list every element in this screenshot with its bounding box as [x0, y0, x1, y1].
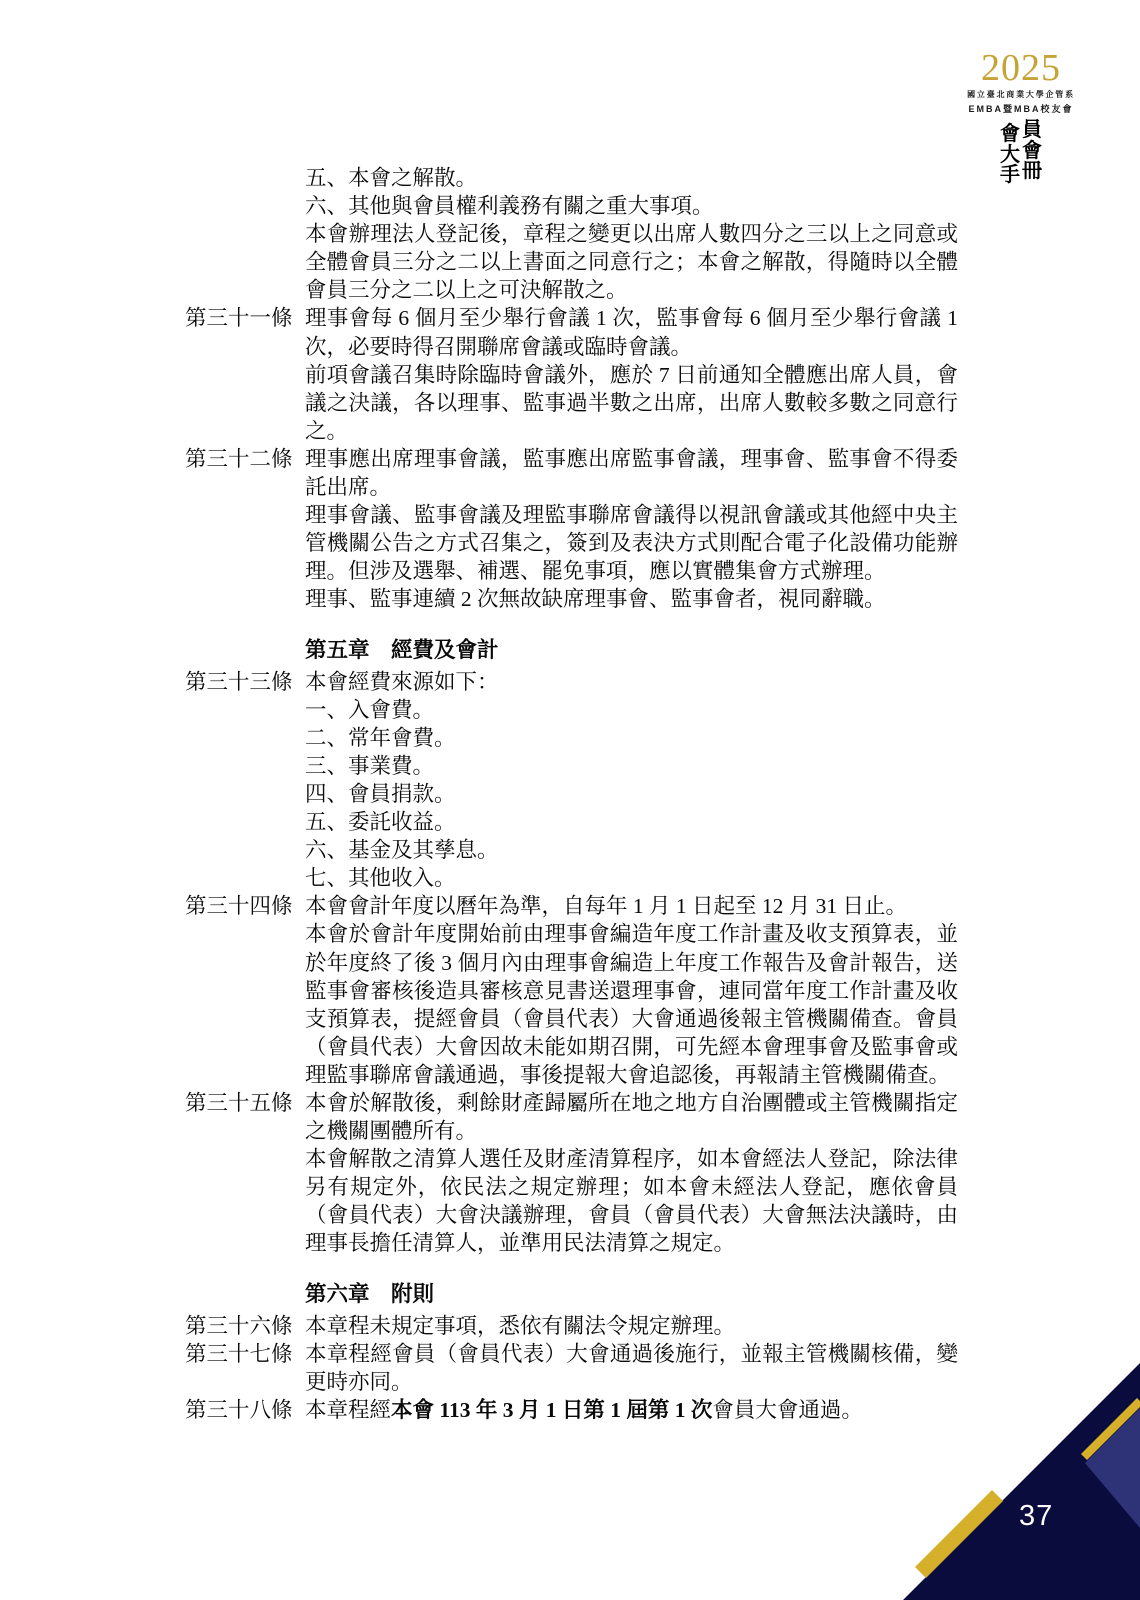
article-paragraph: 本會解散之清算人選任及財產清算程序，如本會經法人登記，除法律另有規定外，依民法之… — [305, 1145, 958, 1257]
article-paragraph: 理事會每 6 個月至少舉行會議 1 次，監事會每 6 個月至少舉行會議 1 次，… — [305, 304, 958, 360]
article-row: 第三十二條理事應出席理事會議，監事應出席監事會議，理事會、監事會不得委託出席。理… — [185, 445, 958, 614]
page-number: 37 — [1019, 1500, 1053, 1533]
handbook-char: 會 — [1022, 141, 1042, 162]
article-paragraph: 理事、監事連續 2 次無故缺席理事會、監事會者，視同辭職。 — [305, 585, 958, 613]
handbook-char: 大 — [1000, 145, 1020, 166]
article-row: 第三十一條理事會每 6 個月至少舉行會議 1 次，監事會每 6 個月至少舉行會議… — [185, 304, 958, 444]
handbook-char: 員 — [1022, 120, 1042, 141]
article-paragraph: 七、其他收入。 — [305, 864, 958, 892]
article-paragraph: 本章程經會員（會員代表）大會通過後施行，並報主管機關核備，變更時亦同。 — [305, 1340, 958, 1396]
article-paragraph-group: 本章程經會員（會員代表）大會通過後施行，並報主管機關核備，變更時亦同。 — [305, 1340, 958, 1396]
logo-org-line1: 國立臺北商業大學企管系 — [950, 89, 1092, 100]
article-row: 五、本會之解散。六、其他與會員權利義務有關之重大事項。本會辦理法人登記後，章程之… — [185, 164, 958, 304]
article-paragraph: 一、入會費。 — [305, 696, 958, 724]
article-row: 第三十六條本章程未規定事項，悉依有關法令規定辦理。 — [185, 1312, 958, 1340]
handbook-row: 手冊 — [950, 165, 1092, 186]
article-paragraph: 三、事業費。 — [305, 752, 958, 780]
chapter-heading: 第五章 經費及會計 — [305, 636, 958, 664]
article-paragraph: 二、常年會費。 — [305, 724, 958, 752]
article-paragraph: 本會會計年度以曆年為準，自每年 1 月 1 日起至 12 月 31 日止。 — [305, 892, 958, 920]
handbook-row: 會員 — [950, 124, 1092, 145]
article-number: 第三十三條 — [185, 668, 305, 696]
paragraph-segment: 會員大會通過。 — [712, 1398, 863, 1422]
handbook-char: 冊 — [1022, 161, 1042, 182]
handbook-char: 會 — [1000, 124, 1020, 145]
handbook-row: 大會 — [950, 145, 1092, 166]
article-paragraph-group: 本會會計年度以曆年為準，自每年 1 月 1 日起至 12 月 31 日止。本會於… — [305, 892, 958, 1089]
handbook-char: 手 — [1000, 165, 1020, 186]
article-row: 第三十四條本會會計年度以曆年為準，自每年 1 月 1 日起至 12 月 31 日… — [185, 892, 958, 1089]
article-paragraph: 理事應出席理事會議，監事應出席監事會議，理事會、監事會不得委託出席。 — [305, 445, 958, 501]
article-paragraph: 本會於解散後，剩餘財產歸屬所在地之地方自治團體或主管機關指定之機關團體所有。 — [305, 1089, 958, 1145]
article-paragraph-group: 本章程未規定事項，悉依有關法令規定辦理。 — [305, 1312, 958, 1340]
logo-org-line2: EMBA暨MBA校友會 — [950, 102, 1092, 115]
article-paragraph: 本章程經本會 113 年 3 月 1 日第 1 屆第 1 次會員大會通過。 — [305, 1396, 958, 1424]
article-paragraph-group: 本會經費來源如下：一、入會費。二、常年會費。三、事業費。四、會員捐款。五、委託收… — [305, 668, 958, 893]
article-number: 第三十六條 — [185, 1312, 305, 1340]
article-row: 第三十五條本會於解散後，剩餘財產歸屬所在地之地方自治團體或主管機關指定之機關團體… — [185, 1089, 958, 1258]
article-paragraph-group: 五、本會之解散。六、其他與會員權利義務有關之重大事項。本會辦理法人登記後，章程之… — [305, 164, 958, 304]
article-row: 第三十三條本會經費來源如下：一、入會費。二、常年會費。三、事業費。四、會員捐款。… — [185, 668, 958, 893]
article-paragraph: 六、基金及其孳息。 — [305, 836, 958, 864]
article-paragraph: 理事會議、監事會議及理監事聯席會議得以視訊會議或其他經中央主管機關公告之方式召集… — [305, 501, 958, 585]
page: 2025 國立臺北商業大學企管系 EMBA暨MBA校友會 會員 大會 手冊 五、… — [0, 0, 1140, 1600]
article-paragraph: 前項會議召集時除臨時會議外，應於 7 日前通知全體應出席人員，會議之決議，各以理… — [305, 361, 958, 445]
article-paragraph: 本會於會計年度開始前由理事會編造年度工作計畫及收支預算表，並於年度終了後 3 個… — [305, 920, 958, 1089]
article-paragraph-group: 本章程經本會 113 年 3 月 1 日第 1 屆第 1 次會員大會通過。 — [305, 1396, 958, 1424]
document-body: 五、本會之解散。六、其他與會員權利義務有關之重大事項。本會辦理法人登記後，章程之… — [185, 164, 958, 1424]
article-row: 第三十八條本章程經本會 113 年 3 月 1 日第 1 屆第 1 次會員大會通… — [185, 1396, 958, 1424]
logo-year: 2025 — [950, 50, 1092, 86]
article-paragraph: 五、本會之解散。 — [305, 164, 958, 192]
article-paragraph: 本會經費來源如下： — [305, 668, 958, 696]
article-number: 第三十八條 — [185, 1396, 305, 1424]
article-paragraph: 四、會員捐款。 — [305, 780, 958, 808]
article-row: 第三十七條本章程經會員（會員代表）大會通過後施行，並報主管機關核備，變更時亦同。 — [185, 1340, 958, 1396]
article-paragraph: 本章程未規定事項，悉依有關法令規定辦理。 — [305, 1312, 958, 1340]
article-paragraph: 五、委託收益。 — [305, 808, 958, 836]
article-number: 第三十四條 — [185, 892, 305, 920]
header-logo: 2025 國立臺北商業大學企管系 EMBA暨MBA校友會 會員 大會 手冊 — [950, 50, 1092, 186]
article-number: 第三十五條 — [185, 1089, 305, 1117]
article-paragraph: 六、其他與會員權利義務有關之重大事項。 — [305, 192, 958, 220]
chapter-heading: 第六章 附則 — [305, 1280, 958, 1308]
paragraph-segment: 本章程經 — [305, 1398, 391, 1422]
article-number: 第三十七條 — [185, 1340, 305, 1368]
corner-decoration — [890, 1350, 1140, 1600]
article-paragraph-group: 理事應出席理事會議，監事應出席監事會議，理事會、監事會不得委託出席。理事會議、監… — [305, 445, 958, 614]
article-paragraph: 本會辦理法人登記後，章程之變更以出席人數四分之三以上之同意或全體會員三分之二以上… — [305, 220, 958, 304]
article-paragraph-group: 本會於解散後，剩餘財產歸屬所在地之地方自治團體或主管機關指定之機關團體所有。本會… — [305, 1089, 958, 1258]
article-number: 第三十二條 — [185, 445, 305, 473]
article-number: 第三十一條 — [185, 304, 305, 332]
article-paragraph-group: 理事會每 6 個月至少舉行會議 1 次，監事會每 6 個月至少舉行會議 1 次，… — [305, 304, 958, 444]
paragraph-segment: 本會 113 年 3 月 1 日第 1 屆第 1 次 — [391, 1398, 712, 1422]
logo-handbook-title: 會員 大會 手冊 — [950, 124, 1092, 186]
